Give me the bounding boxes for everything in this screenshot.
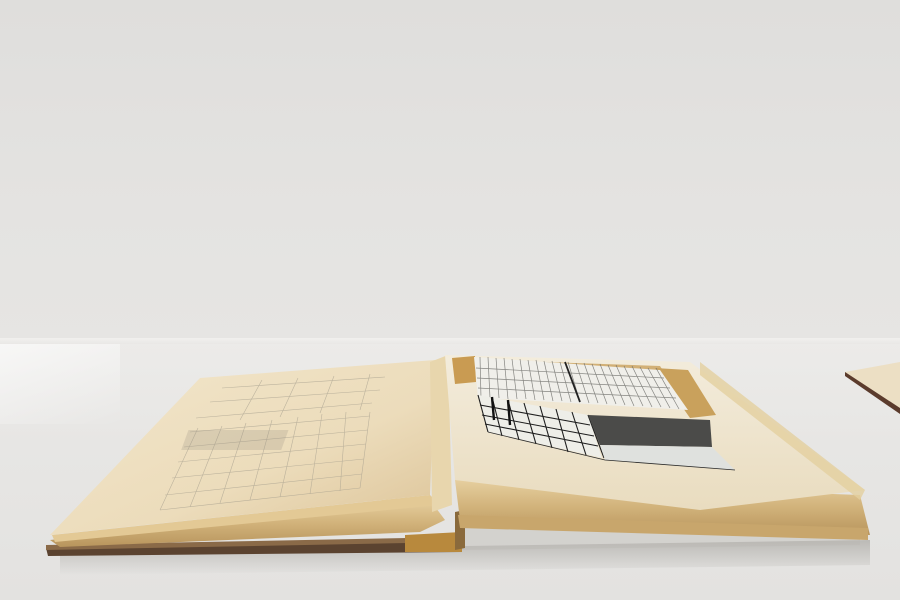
dark-block [588,415,712,447]
notebook-illustration [0,0,900,600]
tape-left [452,356,476,384]
pencil-shading [181,430,288,450]
second-book-edge [845,362,900,414]
